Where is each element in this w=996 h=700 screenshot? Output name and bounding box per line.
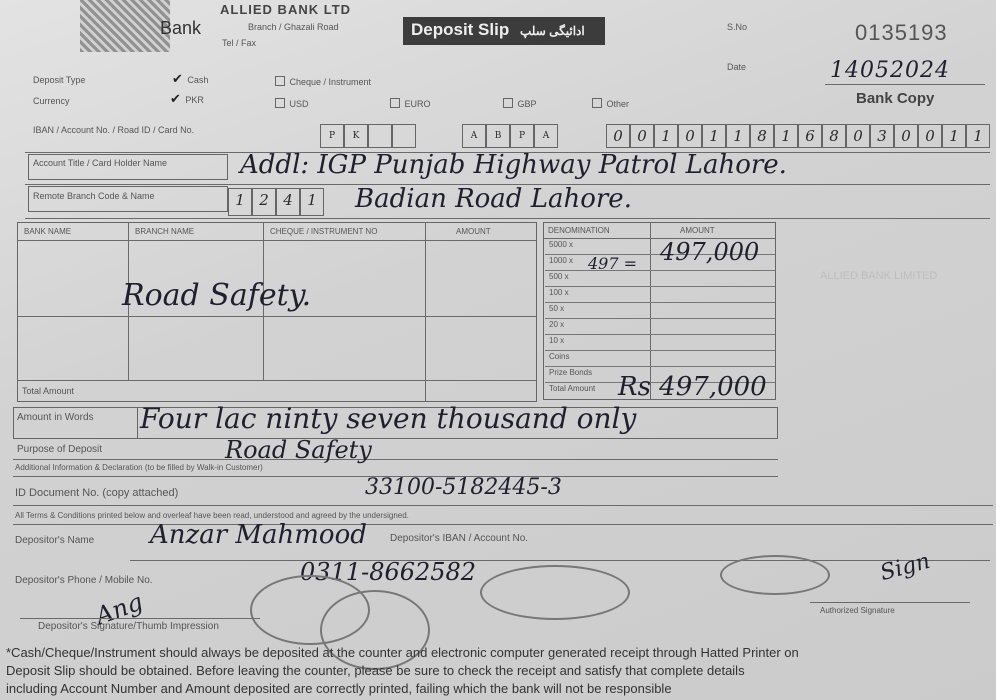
denom-value: Prize Bonds — [549, 368, 592, 377]
table-row-divider — [17, 380, 537, 381]
option-label: Cheque / Instrument — [289, 77, 371, 87]
iban-label: IBAN / Account No. / Road ID / Card No. — [33, 125, 194, 135]
iban-prefix-box[interactable]: K — [344, 124, 368, 148]
depositor-name-label: Depositor's Name — [15, 535, 94, 546]
branch-code-digit[interactable]: 4 — [276, 188, 300, 216]
branch-code-digit[interactable]: 1 — [228, 188, 252, 216]
account-digit[interactable]: 0 — [606, 124, 630, 148]
account-digit[interactable]: 3 — [870, 124, 894, 148]
account-digit[interactable]: 8 — [822, 124, 846, 148]
account-digit[interactable]: 1 — [654, 124, 678, 148]
denom-row: 100 x — [545, 288, 775, 303]
form-title-urdu: ادائیگی سلپ — [520, 24, 585, 38]
account-digit[interactable]: 6 — [798, 124, 822, 148]
copy-label: Bank Copy — [856, 90, 934, 107]
denom-value: 10 x — [549, 336, 564, 345]
account-digit[interactable]: 0 — [846, 124, 870, 148]
denom-value: Coins — [549, 352, 569, 361]
currency-other[interactable]: Other — [592, 94, 629, 112]
serial-number: 0135193 — [855, 20, 948, 46]
amount-words-label: Amount in Words — [17, 412, 94, 423]
iban-prefix-box[interactable] — [392, 124, 416, 148]
option-label: USD — [289, 99, 308, 109]
additional-info-label: Additional Information & Declaration (to… — [15, 463, 263, 472]
form-title: Deposit Slip ادائیگی سلپ — [403, 17, 605, 45]
bank-logo-text: Bank — [160, 18, 201, 39]
denom-value: 500 x — [549, 272, 569, 281]
checkbox-icon — [592, 98, 602, 108]
account-digit[interactable]: 0 — [630, 124, 654, 148]
footer-line-2: Deposit Slip should be obtained. Before … — [6, 663, 745, 678]
denom-header: DENOMINATION — [548, 226, 610, 235]
branch-code-digit[interactable]: 2 — [252, 188, 276, 216]
bank-branch: Branch / Ghazali Road — [248, 22, 339, 32]
denom-value: 50 x — [549, 304, 564, 313]
divider — [130, 560, 990, 561]
branch-code-digit[interactable]: 1 — [300, 188, 324, 216]
date-underline — [825, 84, 985, 85]
iban-bank-box[interactable]: B — [486, 124, 510, 148]
checkmark-icon: ✔ — [172, 71, 183, 86]
instrument-note[interactable]: Road Safety. — [122, 278, 311, 313]
checkbox-icon — [275, 76, 285, 86]
currency-gbp[interactable]: GBP — [503, 94, 536, 112]
denom-row: 50 x — [545, 304, 775, 319]
divider — [25, 218, 990, 219]
account-title-value[interactable]: Addl: IGP Punjab Highway Patrol Lahore. — [240, 150, 787, 180]
bank-contact: Tel / Fax — [222, 38, 256, 48]
id-doc-label: ID Document No. (copy attached) — [15, 487, 178, 499]
option-label: Cash — [187, 75, 208, 85]
account-digit[interactable]: 1 — [726, 124, 750, 148]
col-amount: AMOUNT — [456, 227, 491, 236]
denom-value: 5000 x — [549, 240, 573, 249]
account-digit[interactable]: 8 — [750, 124, 774, 148]
divider — [13, 459, 778, 460]
instrument-total-label: Total Amount — [22, 386, 74, 396]
purpose-value[interactable]: Road Safety — [225, 436, 372, 464]
divider — [13, 505, 993, 506]
watermark-stamp: ALLIED BANK LIMITED — [820, 270, 937, 282]
currency-pkr[interactable]: ✔ PKR — [170, 90, 204, 108]
remote-branch-name[interactable]: Badian Road Lahore. — [355, 184, 632, 214]
depositor-iban-label: Depositor's IBAN / Account No. — [390, 533, 528, 544]
denom-amount-header: AMOUNT — [680, 226, 715, 235]
deposit-slip: Bank ALLIED BANK LTD Branch / Ghazali Ro… — [0, 0, 996, 700]
deposit-type-cash[interactable]: ✔ Cash — [172, 70, 208, 88]
denom-value: 20 x — [549, 320, 564, 329]
footer-line-1: *Cash/Cheque/Instrument should always be… — [6, 645, 799, 660]
amount-words-value[interactable]: Four lac ninty seven thousand only — [140, 402, 636, 435]
checkbox-icon — [275, 98, 285, 108]
stamp-circle — [480, 565, 630, 620]
account-digit[interactable]: 1 — [702, 124, 726, 148]
currency-label: Currency — [33, 96, 70, 106]
checkbox-icon — [503, 98, 513, 108]
id-doc-value[interactable]: 33100-5182445-3 — [365, 475, 562, 500]
serial-label: S.No — [727, 22, 747, 32]
option-label: Other — [606, 99, 629, 109]
iban-prefix-box[interactable] — [368, 124, 392, 148]
col-instrument-no: CHEQUE / INSTRUMENT NO — [270, 227, 377, 236]
qr-code-icon — [80, 0, 170, 52]
remote-branch-label: Remote Branch Code & Name — [33, 191, 155, 201]
denom-value: 1000 x — [549, 256, 573, 265]
account-digit[interactable]: 1 — [942, 124, 966, 148]
denom-row: 500 x — [545, 272, 775, 287]
col-bank-name: BANK NAME — [24, 227, 71, 236]
authorized-signature-label: Authorized Signature — [820, 606, 895, 615]
depositor-phone-label: Depositor's Phone / Mobile No. — [15, 575, 153, 586]
bank-name: ALLIED BANK LTD — [220, 2, 351, 17]
iban-bank-box[interactable]: A — [534, 124, 558, 148]
denom-value: 100 x — [549, 288, 569, 297]
currency-usd[interactable]: USD — [275, 94, 308, 112]
table-col-divider — [425, 222, 426, 402]
denom-row: Coins — [545, 352, 775, 367]
col-branch-name: BRANCH NAME — [135, 227, 194, 236]
denom-amount-1000[interactable]: 497,000 — [660, 238, 759, 266]
signature-line — [810, 602, 970, 603]
checkbox-icon — [390, 98, 400, 108]
iban-bank-box[interactable]: A — [462, 124, 486, 148]
date-label: Date — [727, 62, 746, 72]
terms-text: All Terms & Conditions printed below and… — [15, 511, 409, 520]
denom-row: 10 x — [545, 336, 775, 351]
option-label: GBP — [517, 99, 536, 109]
signature-line — [20, 618, 260, 619]
option-label: EURO — [404, 99, 430, 109]
currency-euro[interactable]: EURO — [390, 94, 430, 112]
depositor-name-value[interactable]: Anzar Mahmood — [150, 520, 367, 550]
deposit-type-cheque[interactable]: Cheque / Instrument — [275, 72, 371, 90]
iban-prefix-box[interactable]: P — [320, 124, 344, 148]
denom-count[interactable]: 497 = — [588, 254, 637, 273]
authorized-signature[interactable]: Sign — [878, 549, 933, 586]
account-digit[interactable]: 1 — [774, 124, 798, 148]
depositor-signature-label: Depositor's Signature/Thumb Impression — [38, 621, 219, 632]
date-value[interactable]: 14052024 — [830, 58, 950, 83]
form-title-text: Deposit Slip — [411, 20, 509, 39]
deposit-type-label: Deposit Type — [33, 75, 85, 85]
denom-row: 20 x — [545, 320, 775, 335]
denom-total-amount[interactable]: Rs 497,000 — [618, 372, 767, 402]
table-header-divider — [17, 240, 537, 241]
iban-bank-box[interactable]: P — [510, 124, 534, 148]
account-digit[interactable]: 1 — [966, 124, 990, 148]
account-digit[interactable]: 0 — [678, 124, 702, 148]
checkmark-icon: ✔ — [170, 91, 181, 106]
stamp-circle — [720, 555, 830, 595]
table-row-divider — [17, 316, 537, 317]
account-title-label: Account Title / Card Holder Name — [33, 158, 167, 168]
footer-line-3: including Account Number and Amount depo… — [6, 681, 672, 696]
account-digit[interactable]: 0 — [894, 124, 918, 148]
denom-value: Total Amount — [549, 384, 595, 393]
option-label: PKR — [185, 95, 204, 105]
account-digit[interactable]: 0 — [918, 124, 942, 148]
purpose-label: Purpose of Deposit — [17, 444, 102, 455]
